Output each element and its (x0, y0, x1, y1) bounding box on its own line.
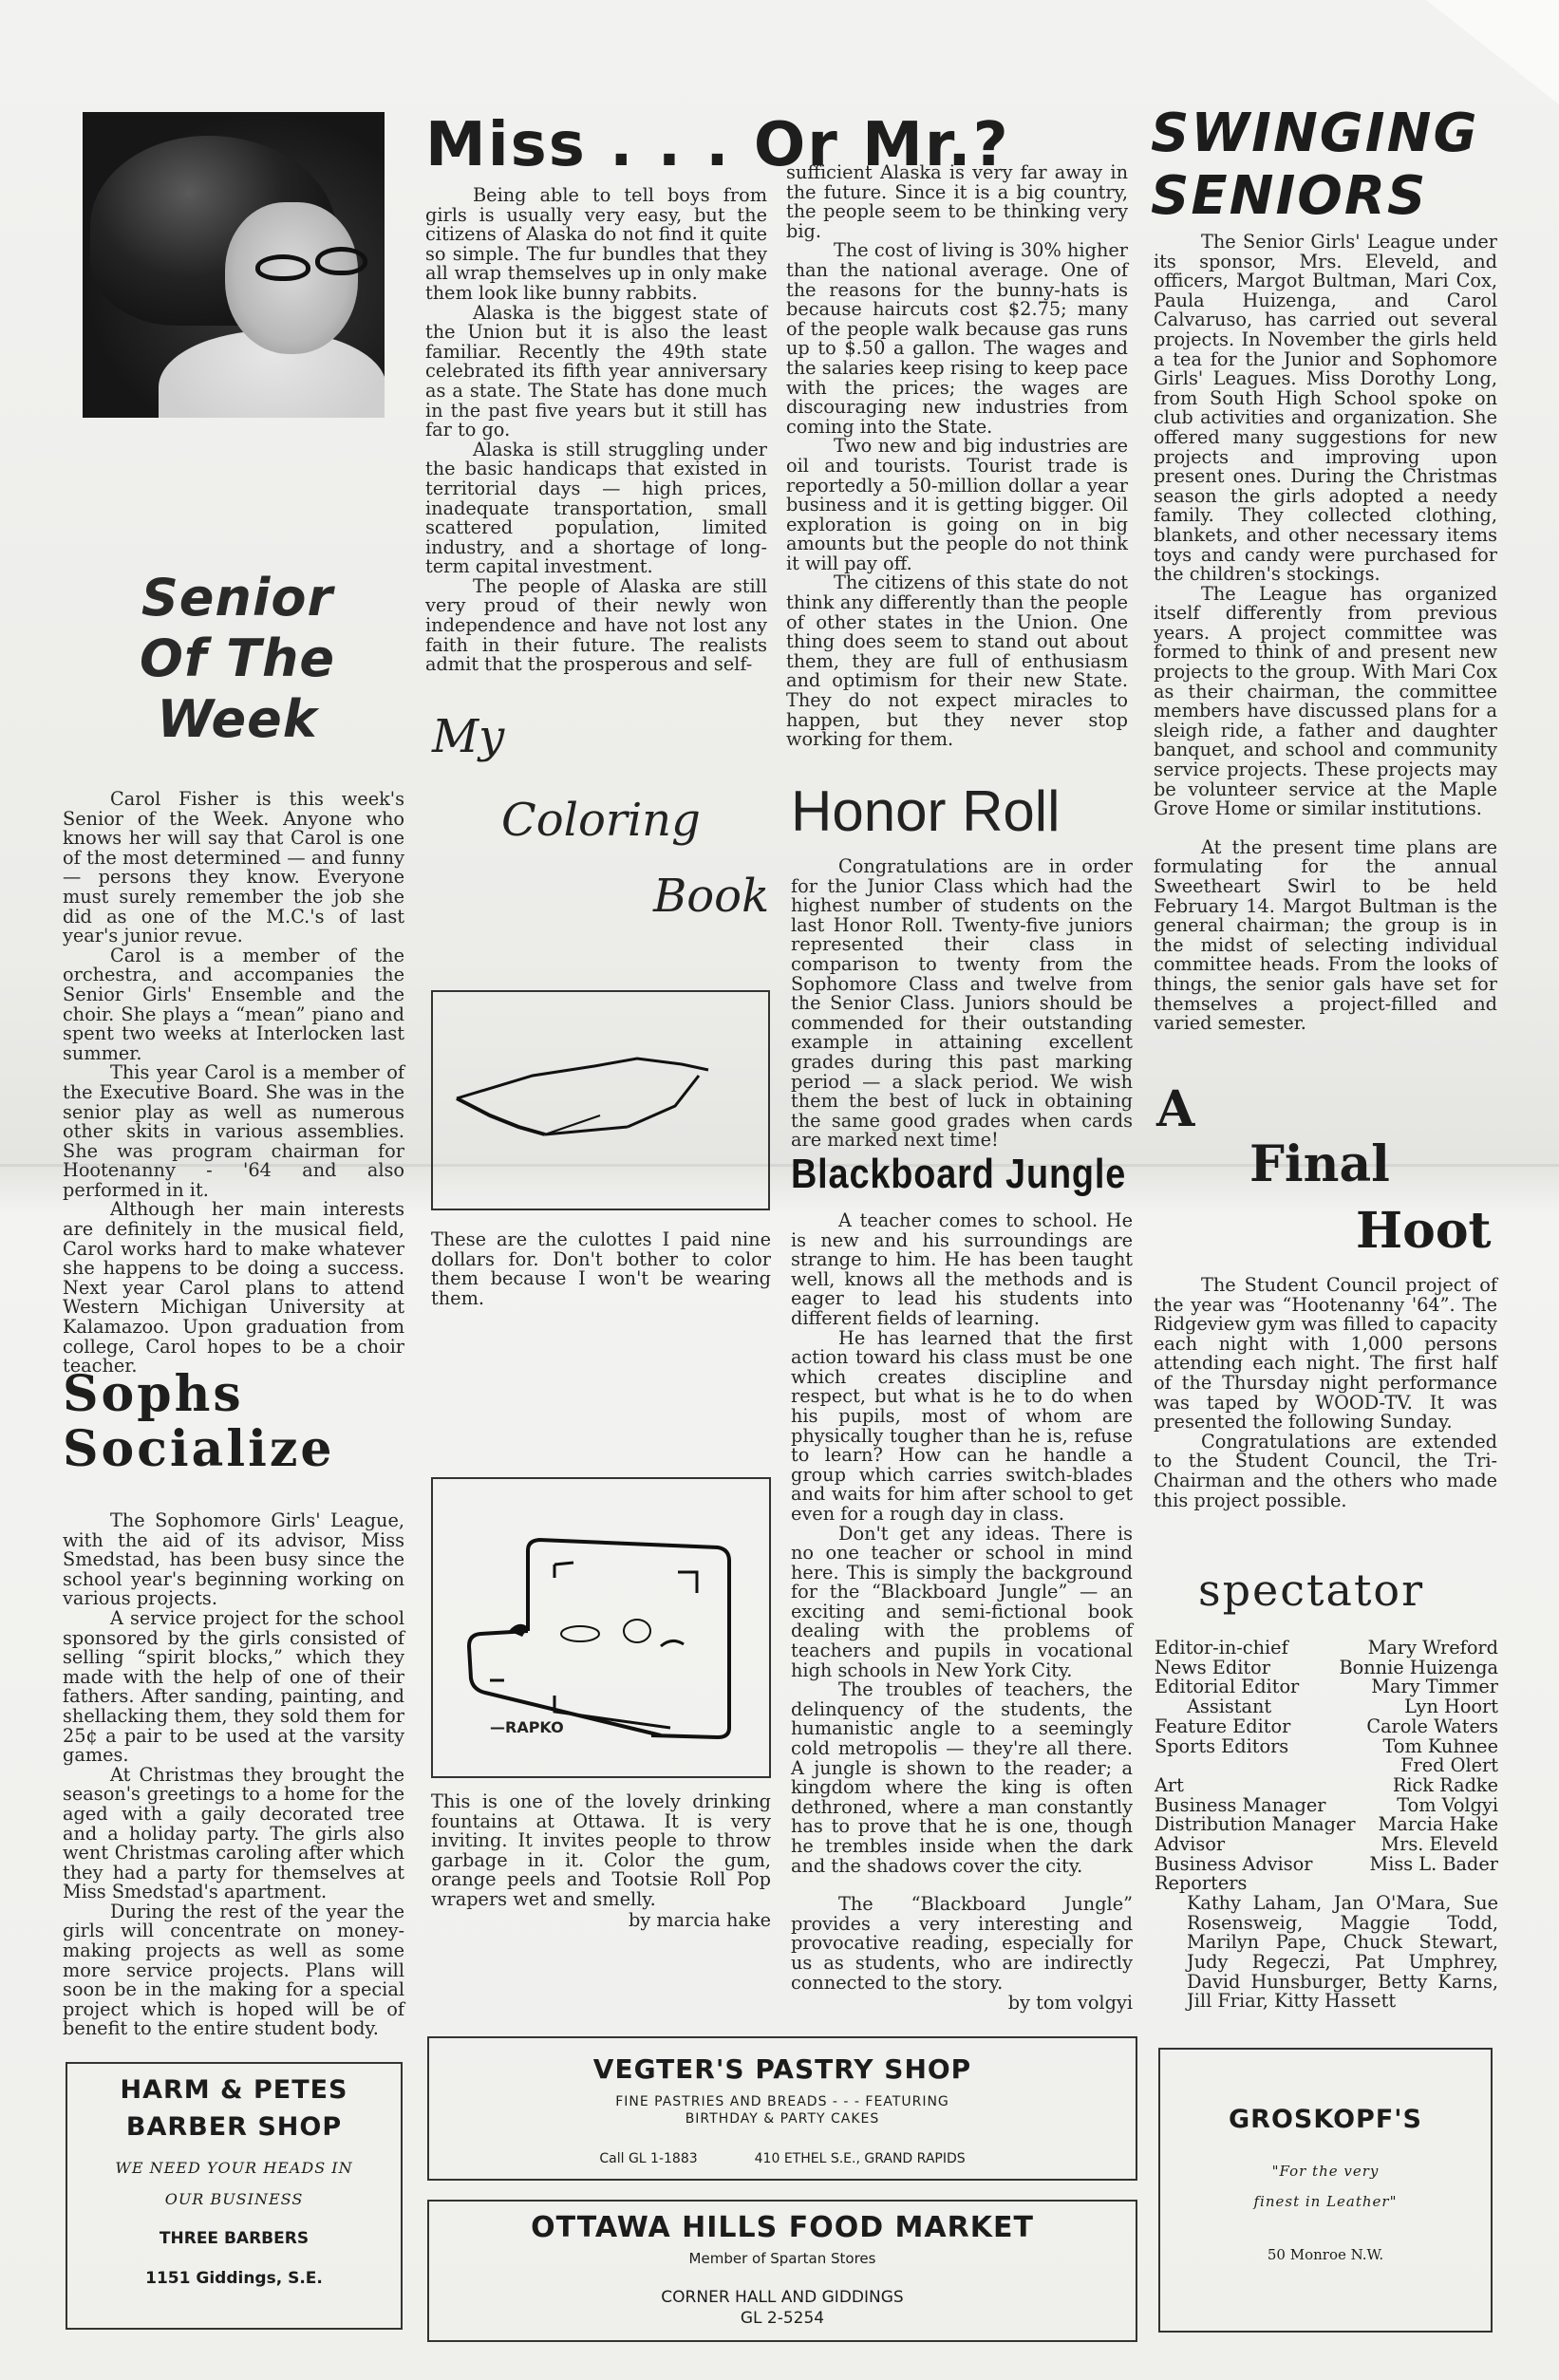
byline: by marcia hake (431, 1910, 771, 1931)
glasses-icon (255, 254, 310, 281)
coloring-book-title-my: My (432, 710, 504, 763)
swinging-seniors-headline: SWINGING SENIORS (1151, 103, 1478, 228)
coloring-book-title-book: Book (653, 870, 769, 923)
culottes-drawing-frame (431, 990, 770, 1210)
ad-food-market: OTTAWA HILLS FOOD MARKET Member of Spart… (427, 2200, 1137, 2342)
staff-row: Editor-in-chiefMary Wreford (1155, 1639, 1498, 1659)
swinging-seniors-article: The Senior Girls' League under its spons… (1154, 233, 1497, 1034)
honor-roll-article: Congratulations are in order for the Jun… (791, 857, 1133, 1151)
ad-pastry-shop: VEGTER'S PASTRY SHOP FINE PASTRIES AND B… (427, 2036, 1137, 2181)
fountain-drawing-frame: —RAPKO (431, 1477, 771, 1778)
final-hoot-headline-hoot: Hoot (1356, 1202, 1492, 1260)
newspaper-page: Senior Of The Week Carol Fisher is this … (0, 0, 1559, 2380)
staff-row: Business ManagerTom Volgyi (1155, 1796, 1498, 1816)
final-hoot-article: The Student Council project of the year … (1154, 1276, 1497, 1510)
coloring-book-title-coloring: Coloring (501, 794, 701, 847)
culottes-drawing-icon (433, 992, 770, 1210)
senior-portrait-photo (83, 112, 385, 418)
miss-or-mr-column-1: Being able to tell boys from girls is us… (425, 186, 767, 675)
final-hoot-headline-final: Final (1249, 1135, 1390, 1193)
ad-groskopfs: GROSKOPF'S "For the very finest in Leath… (1158, 2048, 1493, 2333)
fountain-caption: This is one of the lovely drinking fount… (431, 1792, 771, 1931)
reporters-label: Reporters (1155, 1874, 1498, 1894)
staff-list: Editor-in-chiefMary Wreford News EditorB… (1155, 1639, 1498, 2012)
sophs-socialize-headline: Sophs Socialize (63, 1367, 334, 1477)
final-hoot-headline-a: A (1156, 1080, 1194, 1138)
drinking-fountain-icon (433, 1479, 771, 1778)
reporters-list: Kathy Laham, Jan O'Mara, Sue Rosensweig,… (1155, 1894, 1498, 2012)
byline: by tom volgyi (791, 1993, 1133, 2014)
artist-signature: —RAPKO (490, 1718, 564, 1736)
culottes-caption: These are the culottes I paid nine dolla… (431, 1230, 771, 1308)
sophs-socialize-article: The Sophomore Girls' League, with the ai… (63, 1511, 404, 2039)
miss-or-mr-column-2: sufficient Alaska is very far away in th… (786, 163, 1128, 750)
blackboard-jungle-headline: Blackboard Jungle (791, 1151, 1126, 1198)
senior-of-week-article: Carol Fisher is this week's Senior of th… (63, 790, 404, 1377)
staff-row: Fred Olert (1155, 1756, 1498, 1776)
honor-roll-headline: Honor Roll (791, 778, 1060, 844)
senior-of-week-title: Senior Of The Week (95, 568, 380, 750)
spectator-masthead: spectator (1198, 1565, 1424, 1616)
staff-row: AdvisorMrs. Eleveld (1155, 1835, 1498, 1855)
staff-row: Feature EditorCarole Waters (1155, 1717, 1498, 1737)
staff-row: Editorial EditorMary Timmer (1155, 1677, 1498, 1697)
folded-corner (1426, 0, 1559, 104)
staff-row: AssistantLyn Hoort (1155, 1697, 1498, 1717)
pastry-address: 410 ETHEL S.E., GRAND RAPIDS (755, 2151, 966, 2166)
staff-row: Distribution ManagerMarcia Hake (1155, 1815, 1498, 1835)
staff-row: News EditorBonnie Huizenga (1155, 1659, 1498, 1678)
staff-row: Sports EditorsTom Kuhnee (1155, 1737, 1498, 1757)
staff-row: Business AdvisorMiss L. Bader (1155, 1855, 1498, 1875)
staff-row: ArtRick Radke (1155, 1776, 1498, 1796)
blackboard-jungle-article: A teacher comes to school. He is new and… (791, 1211, 1133, 2014)
pastry-phone: Call GL 1-1883 (599, 2151, 697, 2166)
ad-barber-shop: HARM & PETES BARBER SHOP WE NEED YOUR HE… (66, 2062, 403, 2330)
